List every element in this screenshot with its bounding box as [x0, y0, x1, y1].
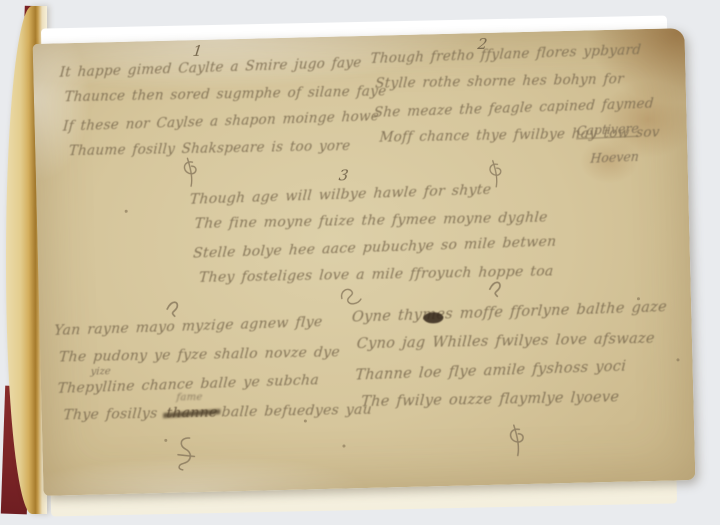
- stanza-flourish-icon: [484, 277, 505, 299]
- verse-line-text: Thye fosillys: [63, 406, 158, 424]
- stanza-5: Oyne thymes moffe fforlyne balthe gaze C…: [351, 301, 669, 425]
- manuscript-page: 1 It happe gimed Caylte a Smire jugo fay…: [33, 28, 696, 496]
- ink-flourish-icon: [339, 284, 366, 307]
- paper-speck: [637, 297, 640, 300]
- stanza-2: 2 Though fretho ffylane flores ypbyard S…: [370, 43, 660, 158]
- stanza-1: 1 It happe gimed Caylte a Smire jugo fay…: [59, 55, 388, 171]
- paper-speck: [342, 445, 345, 448]
- ink-flourish-icon: [504, 422, 531, 459]
- catchword: Captivere: [576, 121, 639, 140]
- stanza-1-number: 1: [192, 42, 204, 60]
- stanza-3-number: 3: [338, 166, 350, 184]
- verse-line: The fwilye ouzze flaymlye lyoeve: [360, 389, 670, 424]
- manuscript-photo: 1 It happe gimed Caylte a Smire jugo fay…: [0, 0, 720, 525]
- interlinear-insertion: yize: [90, 366, 111, 378]
- stanza-5-lines: Oyne thymes moffe fforlyne balthe gaze C…: [351, 301, 669, 425]
- verse-line-text: balle befuedyes yau: [221, 402, 373, 421]
- stanza-2-lines: Though fretho ffylane flores ypbyard Sty…: [370, 43, 660, 158]
- verse-line: Thaume fosilly Shakspeare is too yore: [67, 137, 388, 170]
- paper-speck: [304, 419, 307, 422]
- catchword: Hoeven: [590, 149, 640, 166]
- ink-flourish-icon: [177, 156, 204, 189]
- verse-line: Thye fosillysthannefameballe befuedyes y…: [62, 402, 377, 437]
- stanza-flourish-icon: [162, 296, 183, 318]
- paper-speck: [676, 358, 679, 361]
- stanza-1-lines: It happe gimed Caylte a Smire jugo faye …: [59, 55, 388, 171]
- ink-flourish-icon: [173, 434, 198, 473]
- stanza-4: Yan rayne mayo myzige agnew flye The pud…: [53, 314, 376, 438]
- paper-speck: [125, 210, 128, 213]
- paper-speck: [164, 439, 167, 442]
- correction-word: fame: [176, 392, 203, 404]
- struck-word: thanne: [166, 405, 218, 422]
